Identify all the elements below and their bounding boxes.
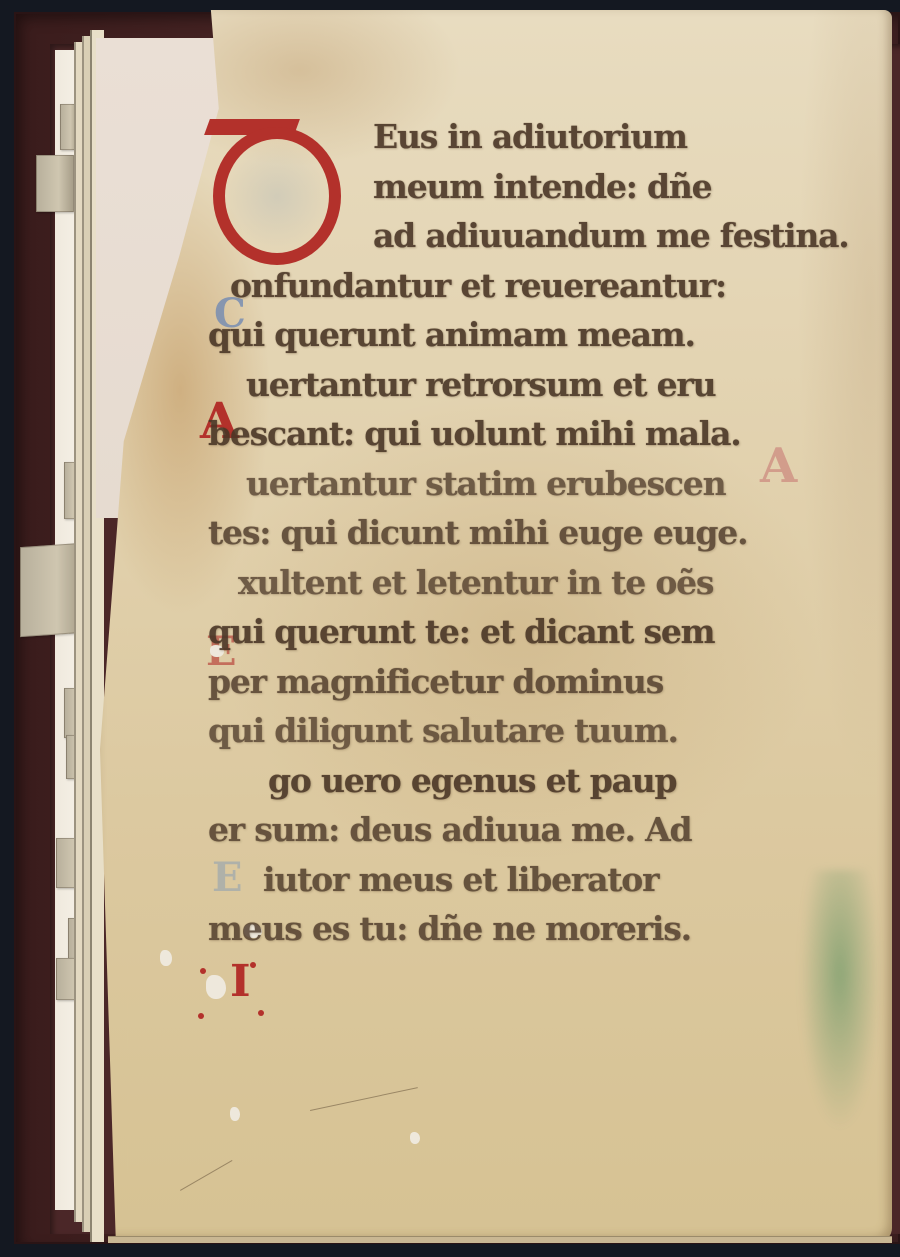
page-tab xyxy=(36,155,74,212)
rubric-dot xyxy=(200,968,206,974)
parchment-hole xyxy=(160,950,172,966)
initial-a-red-lower: I xyxy=(230,960,251,1004)
text-line-14: go uero egenus et paup xyxy=(208,756,848,806)
text-line-13: qui diligunt salutare tuum. xyxy=(208,706,848,756)
text-line-5: qui querunt animam meam. xyxy=(208,310,848,360)
text-line-17: meus es tu: dñe ne moreris. xyxy=(208,904,848,954)
rubric-dot xyxy=(198,1013,204,1019)
text-line-15: er sum: deus adiuua me. Ad xyxy=(208,805,848,855)
text-line-7: bescant: qui uolunt mihi mala. xyxy=(208,409,848,459)
text-line-16: iutor meus et liberator xyxy=(208,855,848,905)
text-line-1: Eus in adiutorium xyxy=(208,112,848,162)
text-line-10: xultent et letentur in te oẽs xyxy=(208,558,848,608)
leaf-bottom-edge xyxy=(108,1236,892,1243)
text-line-2: meum intende: dñe xyxy=(208,162,848,212)
rubric-dot xyxy=(250,962,256,968)
parchment-hole xyxy=(410,1132,420,1144)
parchment-hole xyxy=(206,975,226,999)
rubric-dot xyxy=(258,1010,264,1016)
text-line-12: per magnificetur dominus xyxy=(208,657,848,707)
text-line-9: tes: qui dicunt mihi euge euge. xyxy=(208,508,848,558)
text-line-8: uertantur statim erubescen xyxy=(208,459,848,509)
psalm-text-block: Eus in adiutorium meum intende: dñe ad a… xyxy=(208,112,848,954)
text-line-11: qui querunt te: et dicant sem xyxy=(208,607,848,657)
text-line-4: onfundantur et reuereantur: xyxy=(208,261,848,311)
page-tab xyxy=(20,543,82,637)
text-line-3: ad adiuuandum me festina. xyxy=(208,211,848,261)
manuscript-photo: C A A E E I Eus in adiutorium meum inten… xyxy=(0,0,900,1257)
text-line-6: uertantur retrorsum et eru xyxy=(208,360,848,410)
parchment-hole xyxy=(230,1107,240,1121)
